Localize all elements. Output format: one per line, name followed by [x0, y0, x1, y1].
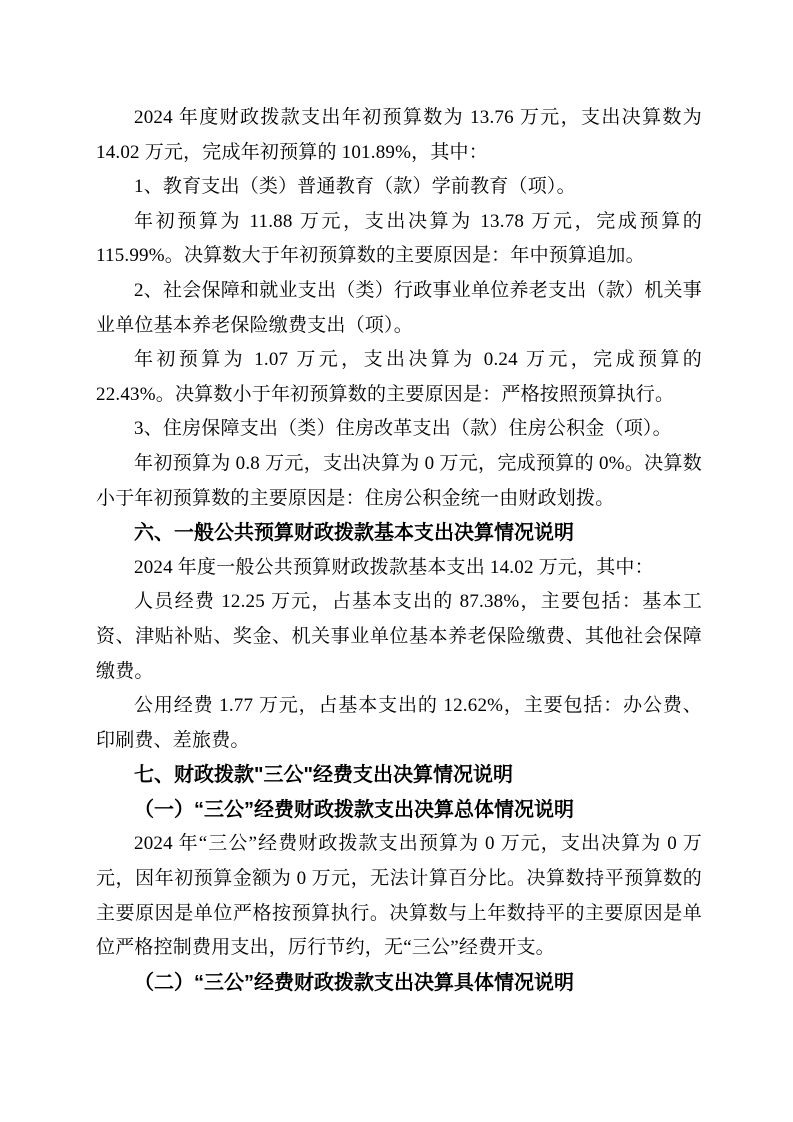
document-body: 2024 年度财政拨款支出年初预算数为 13.76 万元，支出决算数为 14.0… — [96, 101, 702, 1000]
paragraph-public-funds: 公用经费 1.77 万元，占基本支出的 12.62%，主要包括：办公费、印刷费、… — [96, 689, 702, 758]
paragraph-item-3-detail: 年初预算为 0.8 万元，支出决算为 0 万元，完成预算的 0%。决算数小于年初… — [96, 447, 702, 516]
paragraph-fiscal-expenditure-summary: 2024 年度财政拨款支出年初预算数为 13.76 万元，支出决算数为 14.0… — [96, 101, 702, 170]
paragraph-item-2-detail: 年初预算为 1.07 万元，支出决算为 0.24 万元，完成预算的 22.43%… — [96, 343, 702, 412]
document-page: 2024 年度财政拨款支出年初预算数为 13.76 万元，支出决算数为 14.0… — [0, 0, 793, 1122]
heading-section-6: 六、一般公共预算财政拨款基本支出决算情况说明 — [96, 516, 702, 551]
paragraph-personnel-funds: 人员经费 12.25 万元，占基本支出的 87.38%，主要包括：基本工资、津贴… — [96, 585, 702, 689]
paragraph-item-1-education: 1、教育支出（类）普通教育（款）学前教育（项）。 — [96, 170, 702, 205]
paragraph-item-2-social-security: 2、社会保障和就业支出（类）行政事业单位养老支出（款）机关事业单位基本养老保险缴… — [96, 274, 702, 343]
heading-section-7: 七、财政拨款"三公"经费支出决算情况说明 — [96, 758, 702, 793]
paragraph-item-3-housing: 3、住房保障支出（类）住房改革支出（款）住房公积金（项）。 — [96, 412, 702, 447]
heading-section-7-2: （二）“三公”经费财政拨款支出决算具体情况说明 — [96, 966, 702, 1001]
heading-section-7-1: （一）“三公”经费财政拨款支出决算总体情况说明 — [96, 793, 702, 828]
paragraph-item-1-detail: 年初预算为 11.88 万元，支出决算为 13.78 万元，完成预算的 115.… — [96, 205, 702, 274]
paragraph-three-public-funds-detail: 2024 年“三公”经费财政拨款支出预算为 0 万元，支出决算为 0 万元，因年… — [96, 827, 702, 965]
paragraph-basic-expenditure-summary: 2024 年度一般公共预算财政拨款基本支出 14.02 万元，其中： — [96, 551, 702, 586]
